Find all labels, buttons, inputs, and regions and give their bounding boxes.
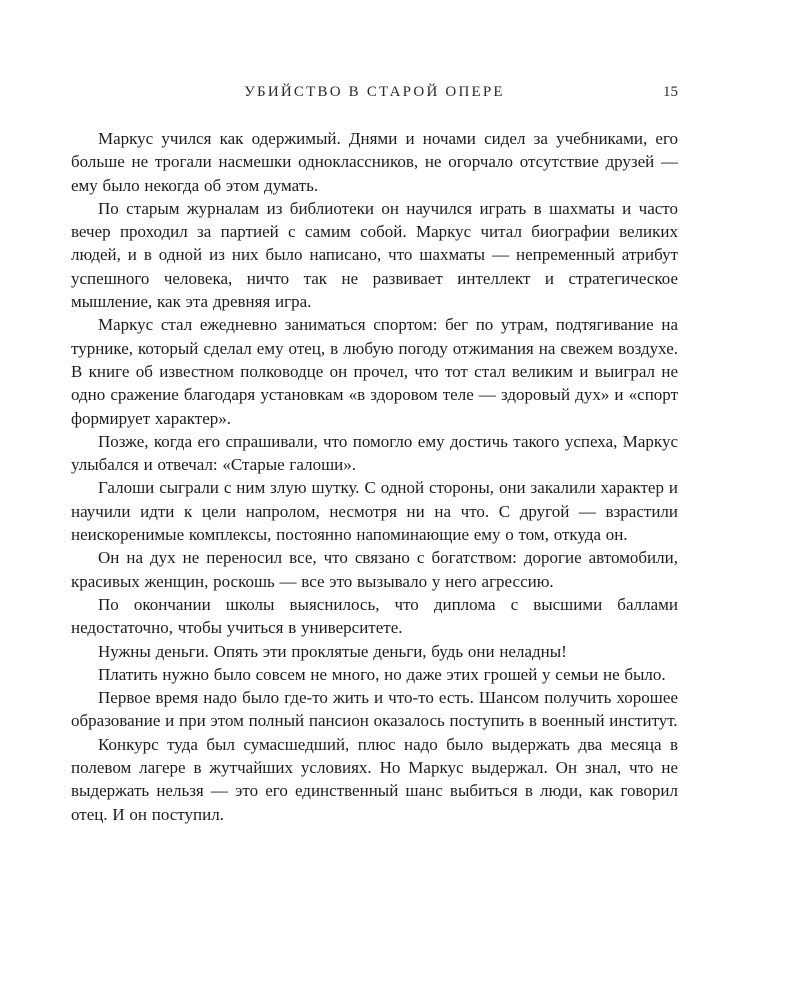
paragraph: Маркус стал ежедневно заниматься спортом… [71,313,678,429]
paragraph: Он на дух не переносил все, что связано … [71,546,678,593]
body-text: Маркус учился как одержимый. Днями и ноч… [71,127,678,826]
paragraph: Позже, когда его спрашивали, что помогло… [71,430,678,477]
paragraph: Конкурс туда был сумасшедший, плюс надо … [71,733,678,826]
page-number: 15 [663,84,678,101]
paragraph: Первое время надо было где-то жить и что… [71,686,678,733]
paragraph: Платить нужно было совсем не много, но д… [71,663,678,686]
paragraph: По окончании школы выяснилось, что дипло… [71,593,678,640]
paragraph: По старым журналам из библиотеки он науч… [71,197,678,313]
running-title: УБИЙСТВО В СТАРОЙ ОПЕРЕ [71,84,678,101]
paragraph: Маркус учился как одержимый. Днями и ноч… [71,127,678,197]
running-header: УБИЙСТВО В СТАРОЙ ОПЕРЕ 15 [71,84,678,104]
paragraph: Галоши сыграли с ним злую шутку. С одной… [71,476,678,546]
book-page: УБИЙСТВО В СТАРОЙ ОПЕРЕ 15 Маркус учился… [0,0,800,1000]
paragraph: Нужны деньги. Опять эти проклятые деньги… [71,640,678,663]
